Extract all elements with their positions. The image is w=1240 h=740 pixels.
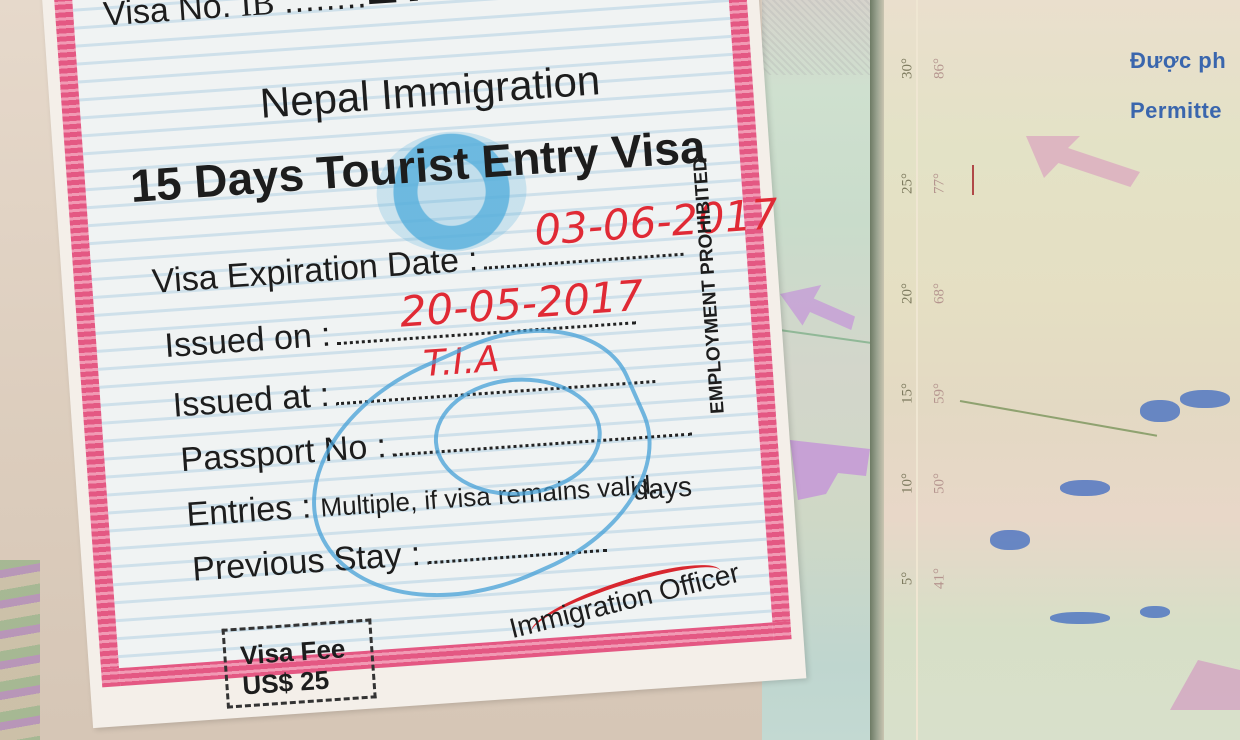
visa-fee-box: Visa Fee US$ 25 [222, 618, 377, 708]
passport-spine [870, 0, 884, 740]
scale-label: 77° [932, 169, 949, 199]
temperature-scale-fahrenheit: 86° 77° 68° 59° 50° 41° [925, 40, 955, 640]
scale-label: 5° [900, 564, 917, 594]
heading-vietnamese: Được ph [1130, 36, 1226, 86]
left-page-artwork [0, 560, 40, 740]
scale-label: 30° [900, 54, 917, 84]
blue-ink-blot [1140, 400, 1180, 422]
visa-sticker: Visa No. IB ........ 1726910 Nepal Immig… [38, 0, 806, 728]
scale-label: 68° [932, 279, 949, 309]
red-tick-mark [972, 165, 974, 195]
blue-ink-blot [1060, 480, 1110, 496]
blue-ink-blot [1140, 606, 1170, 618]
temperature-scale-celsius: 30° 25° 20° 15° 10° 5° [893, 40, 923, 640]
blue-ink-blot [990, 530, 1030, 550]
scale-label: 50° [932, 469, 949, 499]
hatch-pattern [762, 0, 882, 75]
visa-number-prefix: IB [239, 0, 275, 24]
scale-label: 59° [932, 379, 949, 409]
entries-label: Entries : [185, 487, 312, 534]
permitted-heading: Được ph Permitte [1130, 36, 1226, 136]
scale-label: 10° [900, 469, 917, 499]
scale-label: 25° [900, 169, 917, 199]
scale-label: 15° [900, 379, 917, 409]
blue-ink-blot [1180, 390, 1230, 408]
scale-label: 86° [932, 54, 949, 84]
blue-ink-blot [1050, 612, 1110, 624]
heading-english: Permitte [1130, 86, 1226, 136]
scale-label: 41° [932, 564, 949, 594]
scale-label: 20° [900, 279, 917, 309]
